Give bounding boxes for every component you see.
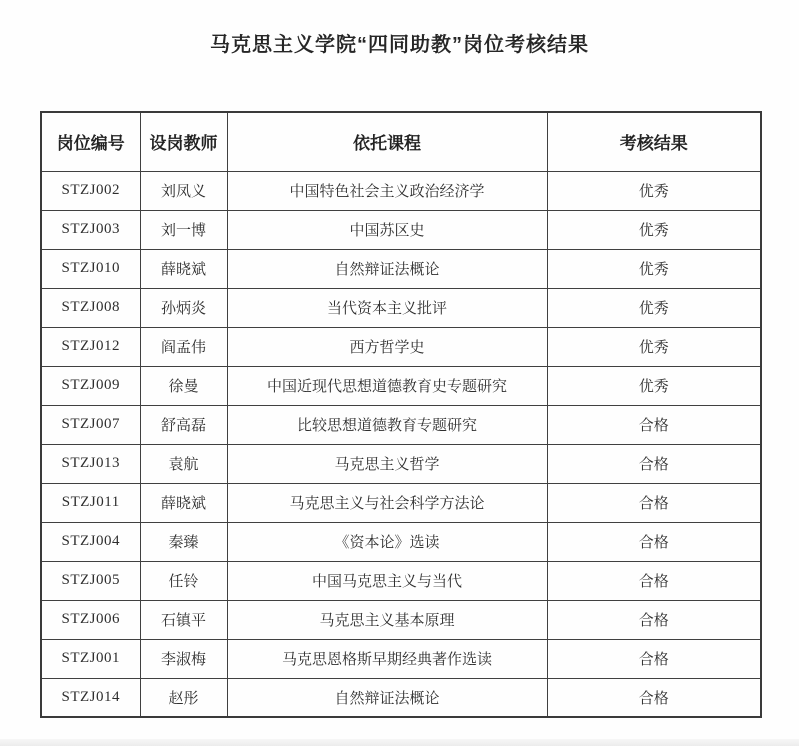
teacher-cell: 薛晓斌 <box>140 249 227 288</box>
result-cell: 合格 <box>547 483 761 522</box>
table-row: STZJ008孙炳炎当代资本主义批评优秀 <box>41 288 761 327</box>
position-id-cell: STZJ004 <box>41 522 140 561</box>
course-cell: 马克思主义哲学 <box>227 444 547 483</box>
course-cell: 自然辩证法概论 <box>227 249 547 288</box>
course-cell: 中国近现代思想道德教育史专题研究 <box>227 366 547 405</box>
header-teacher: 设岗教师 <box>140 112 227 171</box>
result-cell: 合格 <box>547 444 761 483</box>
course-cell: 比较思想道德教育专题研究 <box>227 405 547 444</box>
course-cell: 西方哲学史 <box>227 327 547 366</box>
position-id-cell: STZJ011 <box>41 483 140 522</box>
table-header: 岗位编号 设岗教师 依托课程 考核结果 <box>41 112 761 171</box>
course-cell: 自然辩证法概论 <box>227 678 547 717</box>
position-id-cell: STZJ008 <box>41 288 140 327</box>
position-id-cell: STZJ005 <box>41 561 140 600</box>
position-id-cell: STZJ001 <box>41 639 140 678</box>
position-id-cell: STZJ012 <box>41 327 140 366</box>
result-cell: 优秀 <box>547 249 761 288</box>
teacher-cell: 秦臻 <box>140 522 227 561</box>
table-row: STZJ004秦臻《资本论》选读合格 <box>41 522 761 561</box>
course-cell: 中国特色社会主义政治经济学 <box>227 171 547 210</box>
course-cell: 中国马克思主义与当代 <box>227 561 547 600</box>
result-cell: 优秀 <box>547 171 761 210</box>
page-title: 马克思主义学院“四同助教”岗位考核结果 <box>0 28 799 57</box>
bottom-edge-strip <box>0 739 799 746</box>
position-id-cell: STZJ003 <box>41 210 140 249</box>
course-cell: 《资本论》选读 <box>227 522 547 561</box>
teacher-cell: 袁航 <box>140 444 227 483</box>
header-row: 岗位编号 设岗教师 依托课程 考核结果 <box>41 112 761 171</box>
table-row: STZJ007舒高磊比较思想道德教育专题研究合格 <box>41 405 761 444</box>
result-cell: 合格 <box>547 522 761 561</box>
table-row: STZJ001李淑梅马克思恩格斯早期经典著作选读合格 <box>41 639 761 678</box>
position-id-cell: STZJ014 <box>41 678 140 717</box>
table-row: STZJ012阎孟伟西方哲学史优秀 <box>41 327 761 366</box>
header-course: 依托课程 <box>227 112 547 171</box>
result-cell: 合格 <box>547 405 761 444</box>
result-cell: 优秀 <box>547 288 761 327</box>
course-cell: 中国苏区史 <box>227 210 547 249</box>
teacher-cell: 赵彤 <box>140 678 227 717</box>
teacher-cell: 舒高磊 <box>140 405 227 444</box>
result-cell: 优秀 <box>547 210 761 249</box>
position-id-cell: STZJ009 <box>41 366 140 405</box>
position-id-cell: STZJ013 <box>41 444 140 483</box>
header-position-id: 岗位编号 <box>41 112 140 171</box>
teacher-cell: 李淑梅 <box>140 639 227 678</box>
course-cell: 马克思主义与社会科学方法论 <box>227 483 547 522</box>
table-row: STZJ003刘一博中国苏区史优秀 <box>41 210 761 249</box>
course-cell: 马克思恩格斯早期经典著作选读 <box>227 639 547 678</box>
teacher-cell: 刘凤义 <box>140 171 227 210</box>
teacher-cell: 徐曼 <box>140 366 227 405</box>
result-cell: 合格 <box>547 678 761 717</box>
table-row: STZJ005任铃中国马克思主义与当代合格 <box>41 561 761 600</box>
teacher-cell: 孙炳炎 <box>140 288 227 327</box>
table-row: STZJ013袁航马克思主义哲学合格 <box>41 444 761 483</box>
teacher-cell: 任铃 <box>140 561 227 600</box>
header-result: 考核结果 <box>547 112 761 171</box>
assessment-table: 岗位编号 设岗教师 依托课程 考核结果 STZJ002刘凤义中国特色社会主义政治… <box>40 111 762 718</box>
table-body: STZJ002刘凤义中国特色社会主义政治经济学优秀STZJ003刘一博中国苏区史… <box>41 171 761 717</box>
table-row: STZJ011薛晓斌马克思主义与社会科学方法论合格 <box>41 483 761 522</box>
result-cell: 合格 <box>547 639 761 678</box>
teacher-cell: 刘一博 <box>140 210 227 249</box>
table-row: STZJ002刘凤义中国特色社会主义政治经济学优秀 <box>41 171 761 210</box>
position-id-cell: STZJ006 <box>41 600 140 639</box>
table-row: STZJ009徐曼中国近现代思想道德教育史专题研究优秀 <box>41 366 761 405</box>
teacher-cell: 薛晓斌 <box>140 483 227 522</box>
result-cell: 合格 <box>547 600 761 639</box>
result-cell: 优秀 <box>547 327 761 366</box>
position-id-cell: STZJ007 <box>41 405 140 444</box>
table-row: STZJ014赵彤自然辩证法概论合格 <box>41 678 761 717</box>
position-id-cell: STZJ002 <box>41 171 140 210</box>
course-cell: 马克思主义基本原理 <box>227 600 547 639</box>
table-row: STZJ006石镇平马克思主义基本原理合格 <box>41 600 761 639</box>
teacher-cell: 阎孟伟 <box>140 327 227 366</box>
position-id-cell: STZJ010 <box>41 249 140 288</box>
course-cell: 当代资本主义批评 <box>227 288 547 327</box>
teacher-cell: 石镇平 <box>140 600 227 639</box>
table-row: STZJ010薛晓斌自然辩证法概论优秀 <box>41 249 761 288</box>
result-cell: 合格 <box>547 561 761 600</box>
result-cell: 优秀 <box>547 366 761 405</box>
